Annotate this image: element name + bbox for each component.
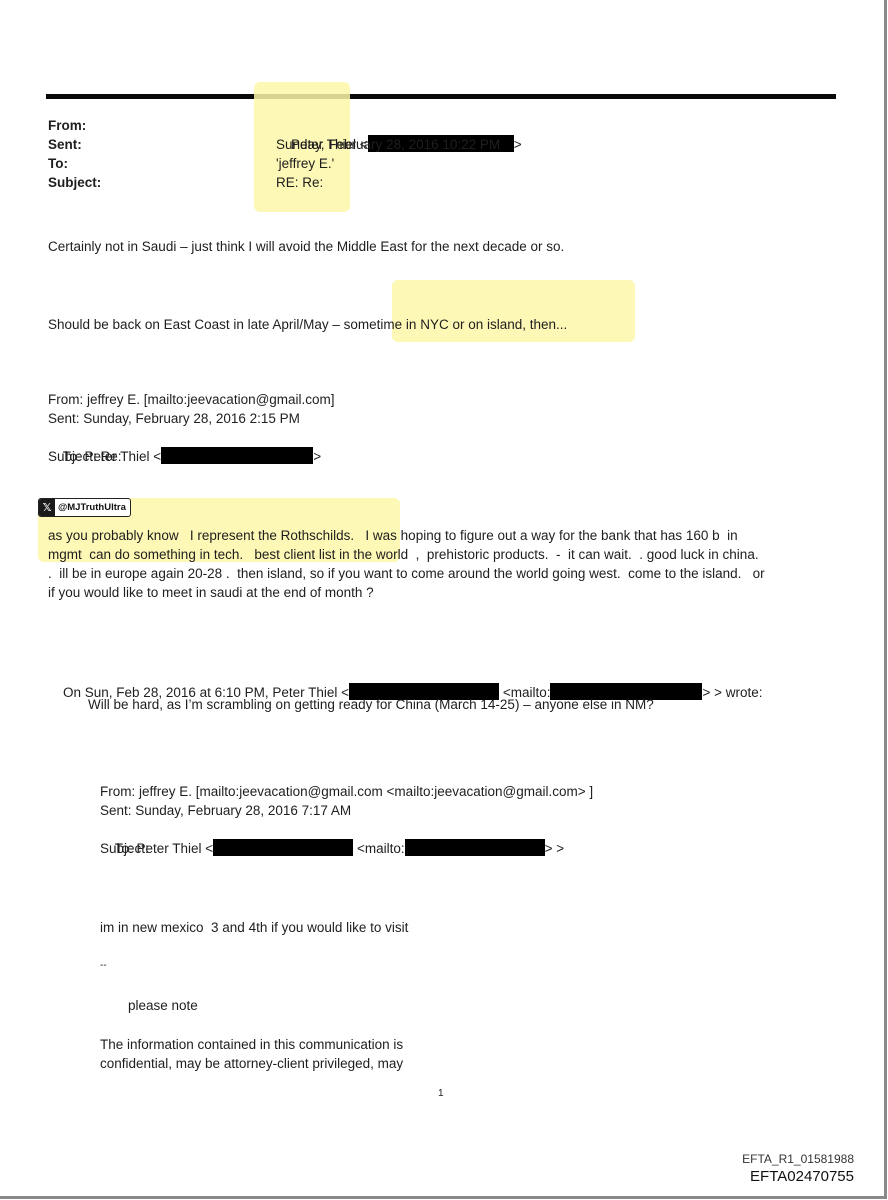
from-close: > <box>514 137 522 152</box>
disclaimer-line-2: confidential, may be attorney-client pri… <box>100 1054 403 1073</box>
sent-value: Sunday, February 28, 2016 10:22 PM <box>276 135 500 154</box>
subject-label: Subject: <box>48 173 101 192</box>
watermark-handle: @MJTruthUltra <box>55 499 130 516</box>
quoted1-sent: Sent: Sunday, February 28, 2016 2:15 PM <box>48 409 300 428</box>
quoted1-body-line-1: as you probably know I represent the Rot… <box>48 526 738 545</box>
quoted2-body: Will be hard, as I’m scrambling on getti… <box>88 695 654 714</box>
disclaimer-line-1: The information contained in this commun… <box>100 1035 403 1054</box>
reply-line-2: Should be back on East Coast in late Apr… <box>48 315 567 334</box>
from-label: From: <box>48 116 86 135</box>
quoted1-body-line-4: if you would like to meet in saudi at th… <box>48 583 374 602</box>
x-logo-icon: 𝕏 <box>39 499 55 516</box>
quoted3-to: To: Peter Thiel < <mailto:> > <box>100 820 564 877</box>
quoted3-to-mailto: <mailto: <box>353 841 404 856</box>
quoted3-to-suffix: > > <box>545 841 565 856</box>
quoted1-subject: Subject: Re: <box>48 447 122 466</box>
redaction-box <box>213 839 353 856</box>
watermark-badge: 𝕏 @MJTruthUltra <box>38 498 131 517</box>
footer-id-1: EFTA_R1_01581988 <box>742 1152 854 1166</box>
signature-dashes: -- <box>100 956 107 975</box>
quoted1-body-line-3: . ill be in europe again 20-28 . then is… <box>48 564 765 583</box>
quoted2-intro-suffix: > > wrote: <box>702 685 762 700</box>
to-label: To: <box>48 154 68 173</box>
redaction-box <box>405 839 545 856</box>
subject-value: RE: Re: <box>276 173 323 192</box>
quoted3-body: im in new mexico 3 and 4th if you would … <box>100 918 408 937</box>
quoted1-from: From: jeffrey E. [mailto:jeevacation@gma… <box>48 390 335 409</box>
quoted1-body-line-2: mgmt can do something in tech. best clie… <box>48 545 759 564</box>
quoted1-to-suffix: > <box>313 449 321 464</box>
header-rule <box>46 94 836 99</box>
quoted3-from: From: jeffrey E. [mailto:jeevacation@gma… <box>100 782 593 801</box>
document-page: From: Sent: To: Subject: Peter Thiel <> … <box>0 0 887 1199</box>
quoted3-sent: Sent: Sunday, February 28, 2016 7:17 AM <box>100 801 351 820</box>
reply-line-1: Certainly not in Saudi – just think I wi… <box>48 237 564 256</box>
please-note: please note <box>128 996 198 1015</box>
redaction-box <box>161 447 313 464</box>
to-value: 'jeffrey E.' <box>276 154 334 173</box>
page-number: 1 <box>438 1084 444 1103</box>
quoted3-subject: Subject: <box>100 839 149 858</box>
footer-id-2: EFTA02470755 <box>750 1168 854 1185</box>
sent-label: Sent: <box>48 135 82 154</box>
